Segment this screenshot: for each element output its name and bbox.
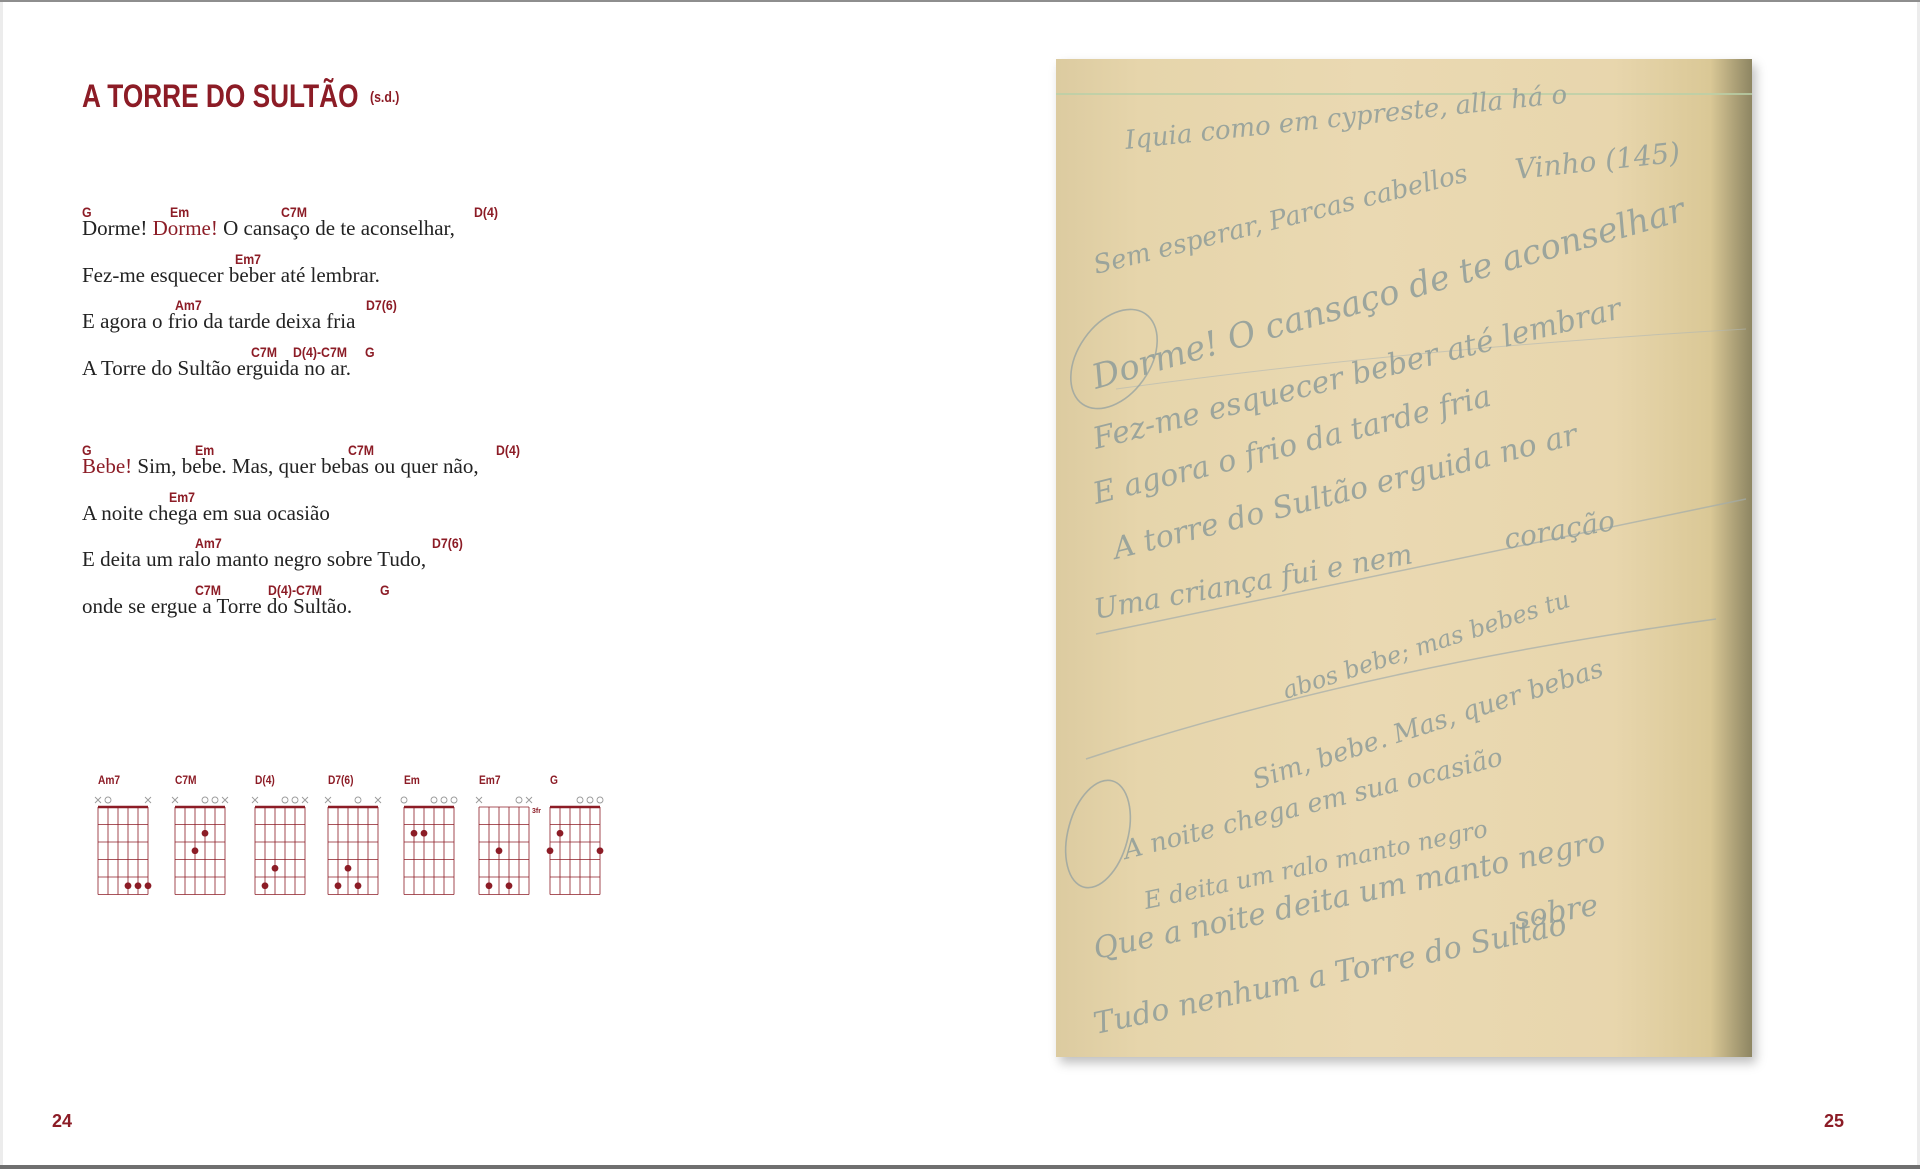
chord-diagram-label: C7M xyxy=(175,773,197,787)
chord-diagram-em7: Em73fr xyxy=(479,773,539,903)
window-frame-left xyxy=(0,2,3,1165)
song-title: A TORRE DO SULTÃO(s.d.) xyxy=(82,78,399,115)
chord-label: G xyxy=(380,582,390,598)
chord-label: D(4) xyxy=(496,442,520,458)
chord-label: G xyxy=(365,344,375,360)
lyric-line: A noite chega em sua ocasião xyxy=(82,501,330,526)
chord-diagram-g: G xyxy=(550,773,610,903)
pencil-handwriting: Iquia como em cypreste, alla há oVinho (… xyxy=(1056,59,1752,1057)
chord-diagram-label: Em7 xyxy=(479,773,501,787)
chord-label: D7(6) xyxy=(366,297,397,313)
handwritten-line: Sem esperar, Parcas cabellos xyxy=(1090,159,1470,281)
chord-diagram-c7m: C7M xyxy=(175,773,235,903)
chord-diagram-label: Am7 xyxy=(98,773,120,787)
chord-label: D7(6) xyxy=(432,535,463,551)
song-title-text: A TORRE DO SULTÃO xyxy=(82,78,358,114)
lyric-line: Bebe! Sim, bebe. Mas, quer bebas ou quer… xyxy=(82,454,479,479)
page-number-right: 25 xyxy=(1824,1111,1844,1132)
svg-text:3fr: 3fr xyxy=(532,808,541,815)
handwritten-line: Iquia como em cypreste, alla há o xyxy=(1123,80,1569,156)
lyric-emphasis: Dorme! xyxy=(153,216,218,240)
chord-diagram-label: D(4) xyxy=(255,773,275,787)
chord-diagram-label: G xyxy=(550,773,558,787)
lyric-line: onde se ergue a Torre do Sultão. xyxy=(82,594,352,619)
window-frame-top xyxy=(0,0,1920,2)
chord-diagram-em: Em xyxy=(404,773,464,903)
window-frame-bottom xyxy=(0,1165,1920,1169)
chord-diagram-label: D7(6) xyxy=(328,773,354,787)
handwritten-line: coração xyxy=(1501,504,1617,556)
date-note: (s.d.) xyxy=(370,89,399,106)
lyric-line: A Torre do Sultão erguida no ar. xyxy=(82,356,351,381)
lyric-line: Fez-me esquecer beber até lembrar. xyxy=(82,263,380,288)
page-number-left: 24 xyxy=(52,1111,72,1132)
chord-diagram-am7: Am7 xyxy=(98,773,158,903)
lyric-emphasis: Bebe! xyxy=(82,454,132,478)
chord-label: D(4) xyxy=(474,204,498,220)
manuscript-image: Iquia como em cypreste, alla há oVinho (… xyxy=(1056,59,1752,1057)
chord-diagram-d76: D7(6) xyxy=(328,773,388,903)
lyric-line: E deita um ralo manto negro sobre Tudo, xyxy=(82,547,426,572)
chord-diagram-label: Em xyxy=(404,773,420,787)
chord-diagram-d4: D(4) xyxy=(255,773,315,903)
handwritten-line: Vinho (145) xyxy=(1513,136,1681,186)
lyric-line: E agora o frio da tarde deixa fria xyxy=(82,309,355,334)
lyric-line: Dorme! Dorme! O cansaço de te aconselhar… xyxy=(82,216,455,241)
